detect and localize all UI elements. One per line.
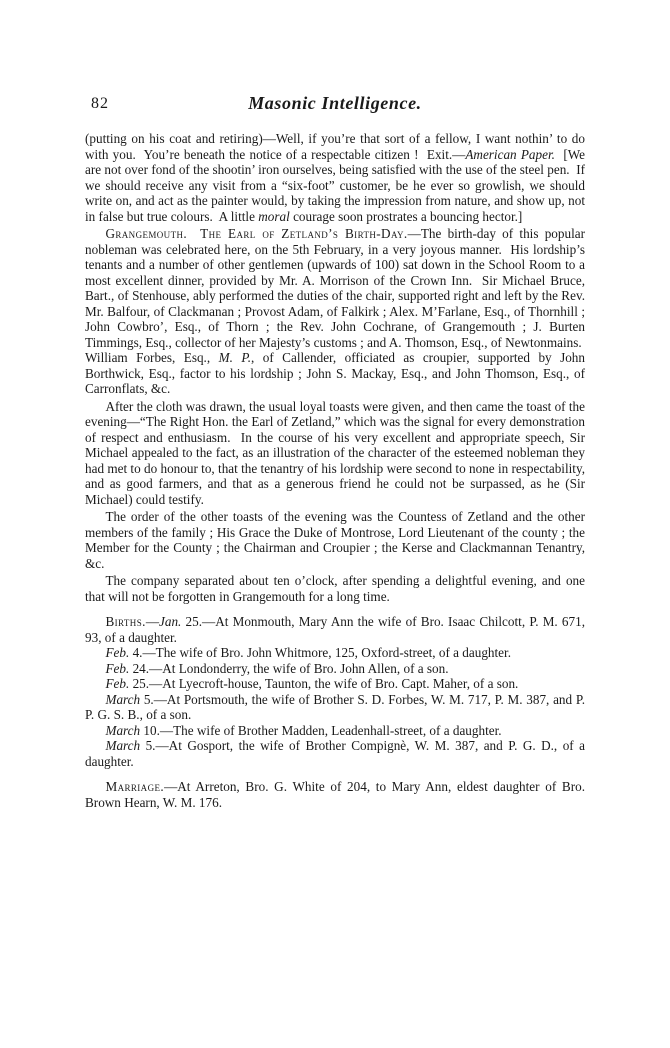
italic-text: Feb.	[105, 661, 129, 676]
body-text: 24.—At Londonderry, the wife of Bro. Joh…	[129, 661, 448, 676]
grangemouth-paragraph: Grangemouth. The Earl of Zetland’s Birth…	[85, 226, 585, 397]
continuation-paragraph: (putting on his coat and retiring)—Well,…	[85, 131, 585, 224]
italic-text: American Paper.	[465, 147, 555, 162]
birth-entry: March 5.—At Gosport, the wife of Brother…	[85, 738, 585, 769]
birth-entry: Feb. 24.—At Londonderry, the wife of Bro…	[85, 661, 585, 677]
body-text: 5.—At Gosport, the wife of Brother Compi…	[85, 738, 585, 769]
body-text: The order of the other toasts of the eve…	[85, 509, 585, 571]
italic-text: M. P.	[219, 350, 251, 365]
italic-text: Feb.	[105, 645, 129, 660]
marriage-entry: Marriage.—At Arreton, Bro. G. White of 2…	[85, 779, 585, 810]
smallcaps-text: Grangemouth. The Earl of Zetland’s Birth…	[105, 226, 407, 241]
article-body: (putting on his coat and retiring)—Well,…	[85, 131, 585, 810]
body-text: courage soon prostrates a bouncing hecto…	[290, 209, 523, 224]
toast-paragraph: After the cloth was drawn, the usual loy…	[85, 399, 585, 508]
smallcaps-text: Births.	[105, 614, 145, 629]
body-text: 4.—The wife of Bro. John Whitmore, 125, …	[129, 645, 511, 660]
birth-entry: Feb. 25.—At Lyecroft-house, Taunton, the…	[85, 676, 585, 692]
document-page: 82 Masonic Intelligence. (putting on his…	[0, 0, 670, 1048]
italic-text: Jan.	[159, 614, 181, 629]
section-marriage: Marriage.—At Arreton, Bro. G. White of 2…	[85, 779, 585, 810]
italic-text: March	[105, 738, 140, 753]
section-news: (putting on his coat and retiring)—Well,…	[85, 131, 585, 604]
other-toasts-paragraph: The order of the other toasts of the eve…	[85, 509, 585, 571]
body-text: —	[146, 614, 159, 629]
birth-entry: Feb. 4.—The wife of Bro. John Whitmore, …	[85, 645, 585, 661]
body-text: 5.—At Portsmouth, the wife of Brother S.…	[85, 692, 585, 723]
smallcaps-text: Marriage.	[105, 779, 164, 794]
body-text: —The birth-day of this popular nobleman …	[85, 226, 585, 365]
birth-entry: Births.—Jan. 25.—At Monmouth, Mary Ann t…	[85, 614, 585, 645]
birth-entry: March 10.—The wife of Brother Madden, Le…	[85, 723, 585, 739]
italic-text: Feb.	[105, 676, 129, 691]
page-header: 82 Masonic Intelligence.	[85, 93, 585, 117]
section-births: Births.—Jan. 25.—At Monmouth, Mary Ann t…	[85, 614, 585, 769]
italic-text: March	[105, 692, 140, 707]
body-text: The company separated about ten o’clock,…	[85, 573, 585, 604]
running-title: Masonic Intelligence.	[85, 93, 585, 114]
italic-text: moral	[258, 209, 290, 224]
body-text: 10.—The wife of Brother Madden, Leadenha…	[140, 723, 501, 738]
birth-entry: March 5.—At Portsmouth, the wife of Brot…	[85, 692, 585, 723]
company-separated-paragraph: The company separated about ten o’clock,…	[85, 573, 585, 604]
body-text: 25.—At Lyecroft-house, Taunton, the wife…	[129, 676, 518, 691]
italic-text: March	[105, 723, 140, 738]
body-text: After the cloth was drawn, the usual loy…	[85, 399, 585, 507]
